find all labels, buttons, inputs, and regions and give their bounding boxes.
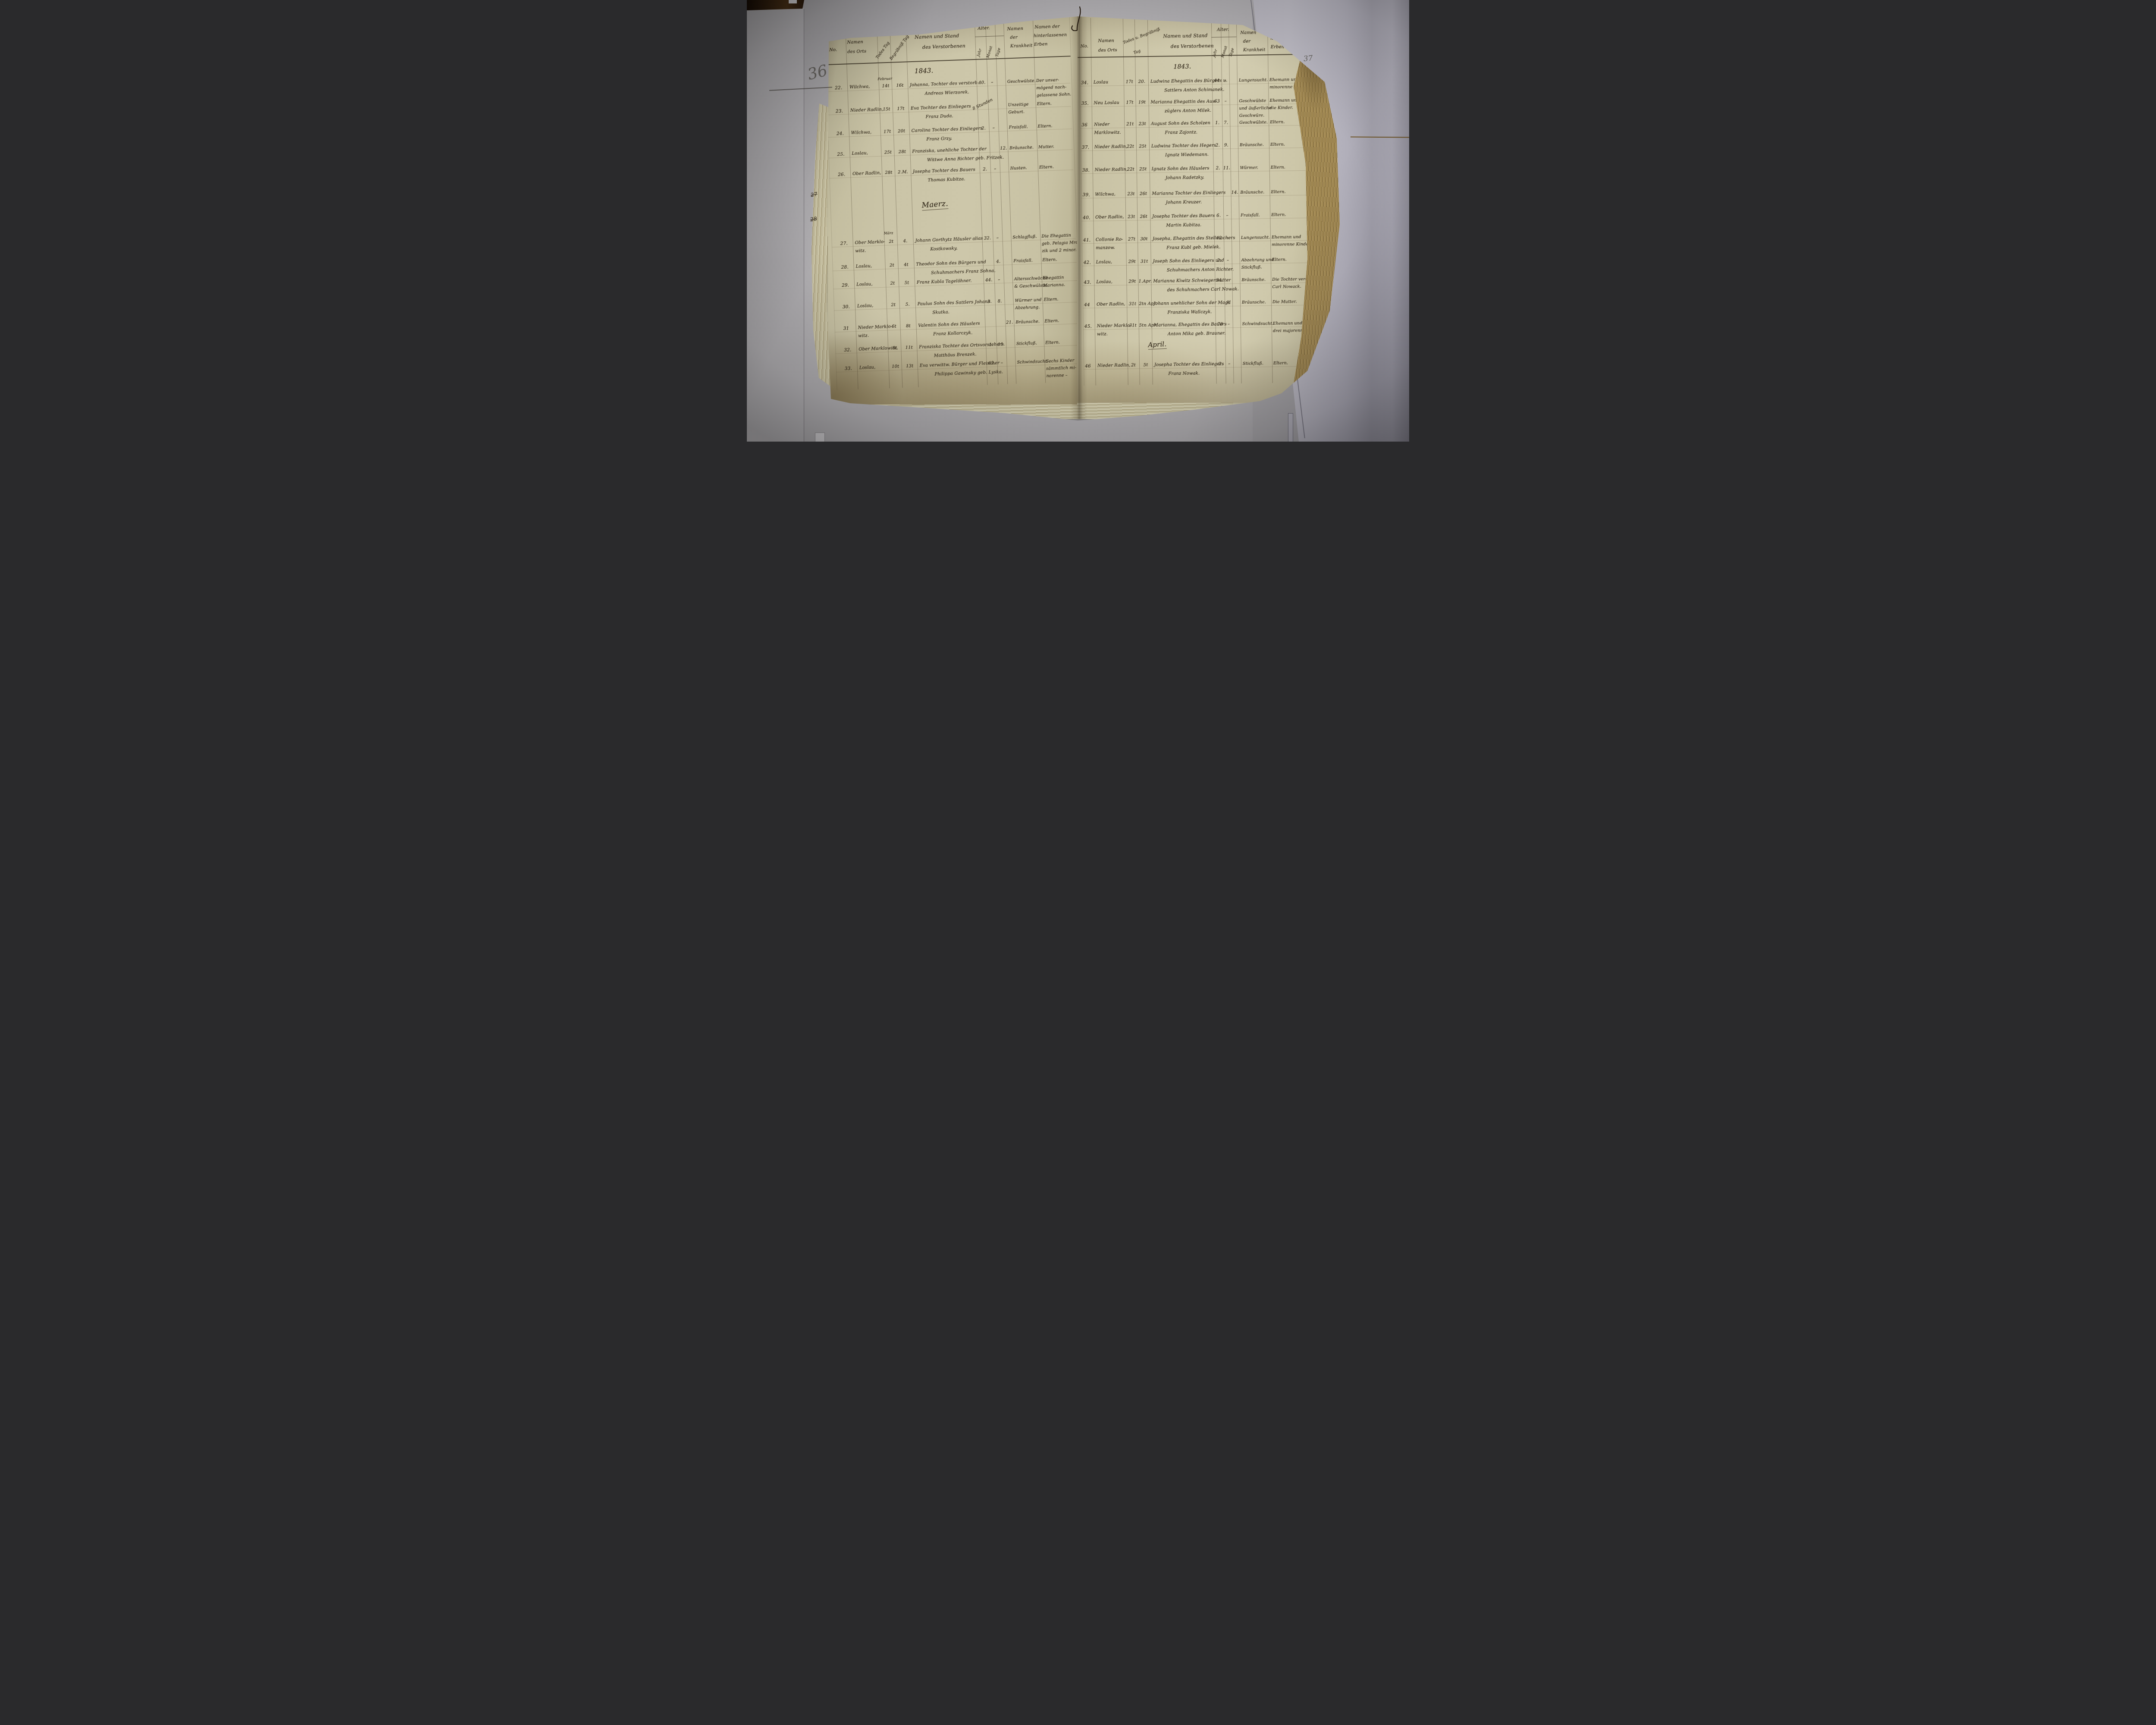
column-line (1134, 17, 1140, 385)
burial-day: 11t (902, 345, 916, 350)
burial-day: 26t (1137, 191, 1149, 196)
illness: Stickfluß. (1243, 361, 1263, 366)
place-name: Nieder Radlin, (1097, 363, 1131, 368)
column-line (1267, 16, 1273, 383)
deceased-name: Marianna Tochter des Einliegers (1152, 190, 1225, 196)
heirs: Marianna. (1043, 282, 1065, 288)
column-line (876, 16, 890, 389)
burial-day: 26t (1138, 214, 1150, 219)
age-days: 14. (1231, 190, 1238, 195)
header-alter-sub: Jahr (1212, 49, 1219, 58)
row-number: 32. (844, 347, 852, 353)
place-name: Nieder Marklo- (1097, 323, 1131, 329)
illness: Geburt. (1008, 110, 1025, 115)
illness: Fraisfall. (1013, 258, 1033, 264)
place-name: manzow. (1096, 245, 1115, 251)
illness: Bräunsche. (1015, 319, 1040, 325)
illness: Geschwülste. (1007, 78, 1036, 84)
header-name-stand: Namen und Stand (1163, 33, 1207, 39)
age-years: 32. (982, 236, 992, 241)
illness: Fraisfall. (1009, 125, 1028, 130)
column-line (1147, 17, 1153, 385)
place-name: witz. (1097, 332, 1108, 336)
age-months: – (995, 277, 1003, 282)
month-heading-april: April. (1148, 340, 1167, 350)
illness: Lungensucht. (1241, 235, 1270, 240)
illness: Geschwülste. (1239, 120, 1268, 125)
burial-day: 19t (1136, 100, 1148, 105)
illness: Husten. (1010, 166, 1027, 171)
header-alter: Alter. (1217, 27, 1229, 32)
burial-day: 2.M. (896, 169, 910, 175)
column-line (994, 12, 1008, 384)
header-no: No. (829, 47, 837, 53)
header-erben: Erben (1034, 42, 1048, 47)
place-name: Ober Radlin, (852, 171, 881, 176)
paper-strip-bottom-right (1288, 413, 1293, 442)
age-months: 4. (994, 259, 1003, 264)
deceased-name: des Schuhmachers Carl Nowak. (1167, 287, 1239, 292)
place-name: Loslau, (852, 151, 868, 156)
row-number: 27. (840, 241, 848, 246)
age-years: 62. (987, 361, 997, 366)
header-ort: Namen (1098, 38, 1114, 44)
row-number: 26. (838, 172, 846, 178)
deceased-name: Matthäus Brenzek. (934, 352, 977, 358)
heirs: die Kinder. (1270, 105, 1293, 110)
place-name: witz. (855, 248, 866, 254)
age-months: – (991, 166, 1000, 172)
illness: und äußerliche (1239, 106, 1272, 111)
place-name: Ober Marklo- (855, 239, 885, 245)
age-months: – (1225, 322, 1232, 326)
row-number: 29. (842, 282, 849, 288)
age-months: 7. (1222, 120, 1229, 125)
burial-day: 17t (894, 106, 908, 111)
age-months: 11. (997, 342, 1006, 347)
heirs: Eltern. (1037, 124, 1053, 129)
deceased-name: Kostkowsky. (930, 246, 958, 252)
place-name: Wilchwa, (851, 130, 872, 135)
header-ort: Namen (847, 40, 863, 45)
header-ort: des Orts (847, 49, 866, 55)
heirs: Eltern. (1042, 257, 1057, 263)
age-months: – (1222, 99, 1229, 103)
column-line (1032, 10, 1046, 383)
illness: Schwindsucht. (1017, 359, 1048, 365)
death-day: 2t (888, 302, 899, 307)
heirs: Eltern. (1271, 213, 1286, 217)
column-line (1221, 16, 1226, 384)
deceased-name: Skutka. (932, 310, 950, 315)
header-alter-sub: Monat (986, 46, 993, 59)
header-todes-begraebniss: Tag (1133, 49, 1141, 55)
month-heading-maerz: Maerz. (921, 199, 948, 210)
deceased-name: Ludwina Tochter des Hegers (1151, 143, 1216, 149)
age-months: – (1224, 213, 1231, 218)
right-page: 1843. April. 34.Loslau17t20.Ludwina Eheg… (1077, 15, 1325, 403)
burial-day: 25t (1137, 144, 1149, 149)
binding-thread-icon (1065, 3, 1085, 31)
place-name: Loslau, (1096, 260, 1112, 265)
struck-row-number-28: 28 (810, 216, 818, 223)
illness: Stickfluß. (1016, 341, 1037, 346)
age-years: 42 (1215, 236, 1223, 241)
illness: Abzehrung. (1015, 305, 1040, 310)
heirs: Eltern. (1044, 297, 1059, 302)
age-years: 44. (984, 278, 994, 283)
scanned-register-photo: 1843. Maerz. Februar März 22.Wilchwa,14t… (747, 0, 1409, 442)
death-day: 29t (1127, 259, 1138, 264)
age-months: 11. (1223, 166, 1230, 170)
paper-tab-top-left (789, 0, 797, 3)
column-line (974, 13, 987, 385)
place-name: Nieder Radlin, (1094, 144, 1128, 150)
death-day: 10t (890, 364, 901, 369)
header-krankheit: Namen (1240, 30, 1256, 35)
illness: Bräunsche. (1240, 190, 1264, 195)
row-number: 31 (843, 326, 849, 331)
month-note-maerz: März (884, 231, 893, 235)
illness: Schlagfluß. (1012, 234, 1037, 240)
illness: Würmer. (1240, 165, 1258, 170)
place-name: Neu Loslau (1094, 100, 1119, 106)
age-years: 40. (977, 80, 987, 85)
header-erben: Namen der (1034, 24, 1060, 30)
heirs: Eltern. (1272, 257, 1287, 262)
deceased-name: Franz Kubl geb. Mielek. (1166, 245, 1220, 251)
header-krankheit: Krankheit (1010, 43, 1033, 49)
burial-day: 5. (901, 302, 915, 307)
age-months: – (993, 235, 1002, 241)
illness: Fraisfall. (1241, 213, 1260, 218)
age-years: 1. (1213, 121, 1222, 125)
deceased-name: Schuhmachers Franz Sohna. (931, 269, 996, 276)
deceased-name: Joseph Sohn des Einliegers und (1153, 258, 1224, 264)
alter-subline (1211, 37, 1236, 38)
age-months: 8. (995, 299, 1004, 304)
death-day: 17t (1124, 79, 1135, 84)
paper-tab-bottom-left (815, 433, 825, 442)
place-name: Loslau, (856, 264, 872, 269)
column-line (1211, 16, 1217, 384)
place-name: Loslau, (857, 304, 874, 309)
heirs: mögend nach- (1036, 85, 1066, 91)
deceased-name: Thomas Kubitza. (928, 177, 965, 183)
death-day: 22t (1125, 167, 1136, 172)
illness: Lungensucht. (1239, 78, 1268, 83)
deceased-name: züglers Anton Milek. (1165, 108, 1212, 114)
header-alter-sub: Tage (1228, 47, 1235, 57)
place-name: Loslau, (1096, 279, 1112, 285)
burial-day: 5t (900, 280, 914, 285)
heirs: minorenne Kinder. (1272, 242, 1311, 247)
illness: Abzehrung und (1241, 257, 1274, 263)
heirs: Ehemann und (1273, 321, 1303, 326)
age-years: 2. (1215, 258, 1224, 263)
deceased-name: Marianna Ehegattin des Aus- (1150, 99, 1216, 105)
burial-day: 16t (893, 83, 907, 88)
row-number: 23. (836, 109, 843, 114)
death-day: 15t (881, 107, 892, 112)
age-years: 3. (984, 299, 994, 304)
deceased-name: Josepha Tochter des Einliegers (1154, 362, 1224, 367)
header-rule (1078, 53, 1317, 58)
heirs: Carl Nowack. (1272, 284, 1301, 289)
death-day: 27t (1126, 237, 1137, 241)
deceased-name: Andreas Wierzorek. (925, 90, 969, 96)
place-name: Loslau, (856, 282, 873, 287)
burial-day: 30t (1138, 237, 1150, 241)
header-rule (823, 56, 1071, 65)
age-days: 12. (1000, 146, 1007, 151)
year-heading-left: 1843. (915, 66, 934, 75)
burial-day: 20t (895, 129, 909, 134)
age-years: 34. (1215, 278, 1224, 283)
deceased-name: Franz Nowak. (1168, 371, 1200, 376)
illness: Geschwüre. (1239, 113, 1265, 118)
age-months: – (1224, 235, 1231, 240)
heirs: Eltern. (1045, 340, 1060, 345)
age-years: 2. (978, 126, 988, 131)
year-heading-right: 1843. (1173, 63, 1191, 71)
age-years: 1. (986, 342, 996, 348)
burial-day: 23t (1136, 122, 1148, 126)
death-day: 21t (1125, 122, 1135, 126)
death-day: 22t (1125, 144, 1136, 149)
column-line (1123, 18, 1128, 385)
illness: Bräunsche. (1241, 277, 1266, 282)
deceased-name: Johann unehlicher Sohn der Magd (1153, 300, 1231, 306)
death-day: 25t (882, 150, 893, 155)
place-name: Ober Radlin, (1097, 302, 1125, 307)
heirs: Eltern. (1271, 190, 1285, 194)
deceased-name: Johann Kreuzer. (1166, 200, 1202, 205)
left-page-content: 1843. Maerz. Februar März 22.Wilchwa,14t… (821, 7, 1084, 405)
header-krankheit: Krankheit (1243, 47, 1266, 53)
heirs: Die Ehegattin (1041, 233, 1071, 238)
burial-day: 20. (1136, 79, 1148, 84)
heirs: Die Mutter. (1272, 299, 1297, 304)
death-day: 14t (880, 84, 891, 89)
row-number: 28. (841, 264, 849, 270)
age-years: 6. (1214, 213, 1223, 218)
heirs: Mutter. (1038, 144, 1054, 150)
left-page: 1843. Maerz. Februar März 22.Wilchwa,14t… (828, 16, 1077, 405)
place-name: Collonie Ro- (1096, 237, 1123, 242)
age-years: 2. (1214, 166, 1222, 171)
burial-day: 1.Apr. (1138, 279, 1150, 284)
burial-day: 2tn Apr. (1139, 301, 1151, 306)
death-day: 2t (887, 281, 898, 286)
deceased-name: Franziska Wallczyk. (1167, 310, 1212, 315)
age-months: – (1222, 78, 1229, 83)
place-name: Ober Radlin, (1095, 215, 1124, 220)
burial-day: 5tn Apr. (1139, 323, 1151, 328)
header-krankheit: Namen (1007, 26, 1023, 31)
death-day: 23t (1125, 191, 1136, 196)
burial-day: 4. (898, 238, 912, 244)
age-years: 2. (1216, 362, 1225, 367)
deceased-name: Wittwe Anna Richter geb. Fritzek. (927, 155, 1004, 163)
month-note-februar: Februar (877, 77, 892, 81)
heirs: norenne – (1047, 373, 1068, 379)
row-number: 33. (845, 366, 852, 371)
page-number-right: 37 (1303, 54, 1313, 63)
illness: Schwindsucht. (1242, 321, 1274, 326)
deceased-name: Philippa Gawinsky geb. Lyska. (934, 370, 1003, 377)
row-number: 22. (835, 85, 843, 91)
header-krankheit: der (1010, 35, 1018, 40)
header-krankheit: der (1243, 39, 1251, 44)
death-day: 2t (1128, 363, 1139, 367)
death-day: 31t (1128, 323, 1138, 328)
deceased-name: Franz Grzy. (926, 136, 952, 142)
heirs: Ehemann und (1269, 98, 1299, 103)
illness: Stickfluß. (1241, 265, 1262, 270)
illness: Würmer und (1015, 298, 1041, 303)
column-line (1091, 18, 1096, 386)
heirs: Ehemann und (1272, 235, 1301, 240)
deceased-name: Franz Duda. (925, 114, 953, 119)
illness: Unzeitige (1008, 102, 1029, 108)
death-day: 17t (882, 129, 893, 135)
heirs: Eltern. (1270, 120, 1285, 125)
burial-day: 25t (1137, 167, 1149, 172)
place-name: Nieder Radlin, (850, 107, 884, 113)
illness: Geschwülste (1239, 98, 1266, 103)
age-months: – (988, 80, 997, 85)
age-days: 21. (1006, 320, 1013, 325)
age-months: – (1226, 361, 1233, 366)
illness: Bräunsche. (1242, 300, 1266, 305)
illness: Bräunsche. (1240, 142, 1264, 147)
deceased-name: Ignatz Sohn des Häuslers (1152, 166, 1210, 172)
alter-subline (975, 36, 1004, 38)
age-years: 63 (1213, 99, 1221, 104)
death-day: 8t (889, 345, 900, 351)
age-months: – (989, 125, 998, 131)
header-alter-sub: Jahr (976, 48, 983, 57)
heirs: Eltern. (1273, 361, 1288, 365)
deceased-name: Ignatz Wiedemann. (1165, 152, 1209, 157)
deceased-name: August Sohn des Scholzen (1151, 121, 1210, 126)
burial-day: 4t (899, 262, 913, 267)
place-name: Wilchwa, (849, 84, 870, 90)
column-line (889, 16, 903, 388)
place-name: witz. (858, 333, 869, 339)
place-name: Wilchwa, (1095, 192, 1116, 197)
burial-day: 8t (901, 323, 915, 329)
place-name: Marklowitz. (1094, 130, 1121, 135)
place-name: Loslau, (859, 365, 876, 370)
death-day: 6t (888, 324, 899, 329)
row-number: 24. (837, 131, 844, 137)
deceased-name: Martin Kubitza. (1166, 223, 1201, 228)
burial-day: 28t (895, 149, 909, 154)
heirs: Eltern. (1271, 165, 1285, 170)
death-day: 17t (1125, 100, 1135, 105)
age-months: – (1225, 258, 1232, 263)
death-day: 2t (885, 239, 896, 245)
burial-day: 5t (1140, 363, 1152, 367)
death-day: 29t (1127, 279, 1138, 284)
age-years: 2. (1213, 143, 1222, 148)
burial-day: 31t (1138, 259, 1150, 264)
death-day: 2t (886, 263, 897, 268)
age-months: – (997, 361, 1006, 366)
deceased-name: Josepha Tochter des Bauers (1152, 213, 1215, 219)
heirs: Eltern. (1044, 318, 1059, 323)
deceased-name: Schuhmachers Anton Richter. (1167, 267, 1234, 273)
death-day: 23t (1126, 214, 1137, 219)
deceased-name: Johann Radetzky. (1166, 175, 1204, 180)
column-line (1236, 16, 1242, 383)
heirs: Ehegattin (1043, 275, 1064, 281)
age-months: 9. (1225, 300, 1232, 305)
death-day: 28t (883, 170, 894, 176)
age-years: 44 (1213, 78, 1221, 83)
burial-day: 13t (903, 364, 917, 369)
age-years: 70 (1216, 322, 1225, 327)
heirs: Eltern. (1270, 142, 1285, 147)
gutter-shadow (1070, 14, 1087, 419)
place-name: Loslau (1094, 80, 1108, 85)
header-name-stand: des Verstorbenen (1171, 43, 1214, 49)
struck-row-number-27: 27 (810, 191, 818, 198)
row-number: 30. (843, 304, 850, 310)
deceased-name: Anton Mika geb. Brauner. (1168, 331, 1226, 336)
header-erben: hinterlassenen (1034, 32, 1067, 38)
deceased-name: Sattlers Anton Schimanek. (1164, 87, 1224, 93)
header-todes-begraebniss: Todes u. Begräbniß (1122, 27, 1161, 45)
book: 1843. Maerz. Februar März 22.Wilchwa,14t… (824, 12, 1343, 425)
row-number: 25. (837, 152, 845, 157)
column-line (1228, 16, 1234, 383)
right-page-content: 1843. April. 34.Loslau17t20.Ludwina Eheg… (1075, 11, 1328, 403)
deceased-name: Franz Zajontz. (1165, 130, 1197, 135)
column-line (845, 17, 858, 389)
backdrop-left-sheet (747, 8, 804, 442)
header-ort: des Orts (1098, 48, 1117, 53)
header-alter-sub: Monat (1221, 45, 1228, 58)
death-day: 31t (1127, 301, 1138, 306)
age-years: 2. (980, 167, 990, 172)
heirs: Eltern. (1039, 165, 1054, 170)
place-name: Nieder Radlin, (1095, 167, 1128, 172)
deceased-name: Franz Kollarczyk. (933, 331, 973, 337)
heirs: Der unver- (1036, 78, 1059, 83)
heirs: gelassene Sohn. (1037, 92, 1072, 98)
place-name: Nieder (1094, 122, 1109, 127)
header-name-stand: des Verstorbenen (922, 43, 965, 50)
age-months: 9. (1223, 143, 1230, 147)
heirs: Eltern. (1037, 101, 1052, 107)
illness: Bräunsche. (1009, 145, 1034, 151)
